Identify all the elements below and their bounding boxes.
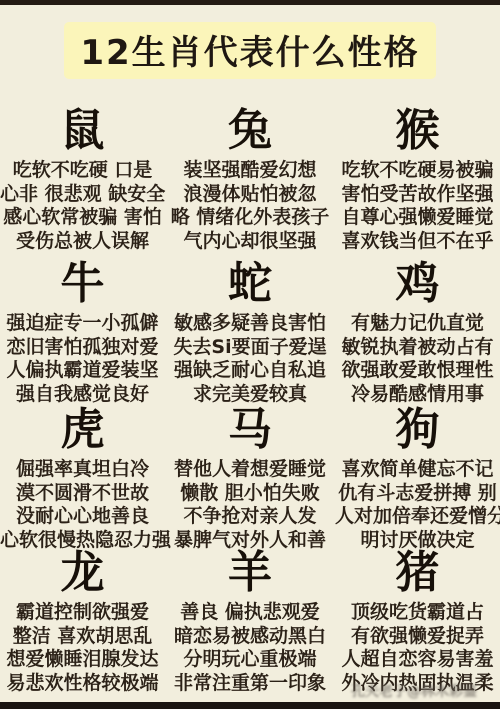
- zodiac-trait-line: 喜欢简单健忘不记: [335, 458, 500, 482]
- zodiac-animal-name: 狗: [335, 405, 500, 455]
- zodiac-traits: 装坚强酷爱幻想 浪漫体贴怕被忽 略 情绪化外表孩子 气内心却很坚强: [165, 159, 335, 253]
- zodiac-trait-line: 略 情绪化外表孩子: [165, 206, 335, 230]
- zodiac-trait-line: 懒散 胆小怕失败: [165, 482, 335, 506]
- zodiac-traits: 喜欢简单健忘不记 仇有斗志爱拼搏 别 人对加倍奉还爱憎分 明讨厌做决定: [335, 458, 500, 552]
- zodiac-trait-line: 强自我感觉良好: [0, 383, 165, 407]
- zodiac-trait-line: 冷易酷感情用事: [335, 383, 500, 407]
- zodiac-cell-horse: 马 替他人着想爱睡觉 懒散 胆小怕失败 不争抢对亲人发 暴脾气对外人和善: [165, 405, 335, 548]
- zodiac-trait-line: 有魅力记仇直觉: [335, 312, 500, 336]
- zodiac-trait-line: 强迫症专一小孤僻: [0, 312, 165, 336]
- zodiac-traits: 敏感多疑善良害怕 失去Si要面子爱逞 强缺乏耐心自私追 求完美爱较真: [165, 312, 335, 406]
- zodiac-traits: 顶级吃货霸道占 有欲强懒爱捉弄 人超自恋容易害羞 外冷内热固执温柔: [335, 601, 500, 695]
- page-title: 12生肖代表什么性格: [64, 22, 435, 79]
- zodiac-trait-line: 分明玩心重极端: [165, 648, 335, 672]
- zodiac-cell-snake: 蛇 敏感多疑善良害怕 失去Si要面子爱逞 强缺乏耐心自私追 求完美爱较真: [165, 259, 335, 405]
- zodiac-trait-line: 受伤总被人误解: [0, 230, 165, 254]
- zodiac-trait-line: 害怕受苦故作坚强: [335, 183, 500, 207]
- zodiac-trait-line: 装坚强酷爱幻想: [165, 159, 335, 183]
- zodiac-trait-line: 人偏执霸道爱装坚: [0, 359, 165, 383]
- zodiac-trait-line: 人超自恋容易害羞: [335, 648, 500, 672]
- zodiac-cell-ox: 牛 强迫症专一小孤僻 恋旧害怕孤独对爱 人偏执霸道爱装坚 强自我感觉良好: [0, 259, 165, 405]
- zodiac-trait-line: 非常注重第一印象: [165, 672, 335, 696]
- title-bar: 12生肖代表什么性格: [0, 22, 500, 79]
- zodiac-trait-line: 整洁 喜欢胡思乱: [0, 625, 165, 649]
- zodiac-trait-line: 暗恋易被感动黑白: [165, 625, 335, 649]
- zodiac-trait-line: 自尊心强懒爱睡觉: [335, 206, 500, 230]
- zodiac-trait-line: 善良 偏执悲观爱: [165, 601, 335, 625]
- zodiac-animal-name: 猪: [335, 548, 500, 598]
- zodiac-cell-rooster: 鸡 有魅力记仇直觉 敏锐执着被动占有 欲强敢爱敢恨理性 冷易酷感情用事: [335, 259, 500, 405]
- zodiac-trait-line: 吃软不吃硬 口是: [0, 159, 165, 183]
- zodiac-animal-name: 鼠: [0, 106, 165, 156]
- zodiac-traits: 吃软不吃硬 口是 心非 很悲观 缺安全 感心软常被骗 害怕 受伤总被人误解: [0, 159, 165, 253]
- zodiac-traits: 强迫症专一小孤僻 恋旧害怕孤独对爱 人偏执霸道爱装坚 强自我感觉良好: [0, 312, 165, 406]
- zodiac-trait-line: 浪漫体贴怕被忽: [165, 183, 335, 207]
- zodiac-trait-line: 失去Si要面子爱逞: [165, 336, 335, 360]
- zodiac-traits: 有魅力记仇直觉 敏锐执着被动占有 欲强敢爱敢恨理性 冷易酷感情用事: [335, 312, 500, 406]
- zodiac-trait-line: 吃软不吃硬易被骗: [335, 159, 500, 183]
- zodiac-cell-tiger: 虎 倔强率真坦白冷 漠不圆滑不世故 没耐心心地善良 心软很慢热隐忍力强: [0, 405, 165, 548]
- zodiac-trait-line: 强缺乏耐心自私追: [165, 359, 335, 383]
- zodiac-traits: 替他人着想爱睡觉 懒散 胆小怕失败 不争抢对亲人发 暴脾气对外人和善: [165, 458, 335, 552]
- zodiac-trait-line: 恋旧害怕孤独对爱: [0, 336, 165, 360]
- zodiac-trait-line: 敏锐执着被动占有: [335, 336, 500, 360]
- zodiac-trait-line: 顶级吃货霸道占: [335, 601, 500, 625]
- zodiac-traits: 霸道控制欲强爱 整洁 喜欢胡思乱 想爱懒睡泪腺发达 易悲欢性格较极端: [0, 601, 165, 695]
- zodiac-trait-line: 仇有斗志爱拼搏 别: [335, 482, 500, 506]
- zodiac-cell-pig: 猪 顶级吃货霸道占 有欲强懒爱捉弄 人超自恋容易害羞 外冷内热固执温柔: [335, 548, 500, 695]
- zodiac-trait-line: 有欲强懒爱捉弄: [335, 625, 500, 649]
- zodiac-trait-line: 替他人着想爱睡觉: [165, 458, 335, 482]
- bottom-border: [0, 702, 500, 709]
- zodiac-trait-line: 不争抢对亲人发: [165, 505, 335, 529]
- zodiac-cell-monkey: 猴 吃软不吃硬易被骗 害怕受苦故作坚强 自尊心强懒爱睡觉 喜欢钱当但不在乎: [335, 106, 500, 259]
- zodiac-cell-rabbit: 兔 装坚强酷爱幻想 浪漫体贴怕被忽 略 情绪化外表孩子 气内心却很坚强: [165, 106, 335, 259]
- zodiac-trait-line: 易悲欢性格较极端: [0, 672, 165, 696]
- zodiac-animal-name: 鸡: [335, 259, 500, 309]
- zodiac-animal-name: 蛇: [165, 259, 335, 309]
- top-border: [0, 0, 500, 5]
- zodiac-animal-name: 兔: [165, 106, 335, 156]
- zodiac-animal-name: 龙: [0, 548, 165, 598]
- zodiac-trait-line: 心非 很悲观 缺安全: [0, 183, 165, 207]
- zodiac-trait-line: 求完美爱较真: [165, 383, 335, 407]
- zodiac-cell-dog: 狗 喜欢简单健忘不记 仇有斗志爱拼搏 别 人对加倍奉还爱憎分 明讨厌做决定: [335, 405, 500, 548]
- zodiac-traits: 吃软不吃硬易被骗 害怕受苦故作坚强 自尊心强懒爱睡觉 喜欢钱当但不在乎: [335, 159, 500, 253]
- zodiac-animal-name: 羊: [165, 548, 335, 598]
- zodiac-trait-line: 倔强率真坦白冷: [0, 458, 165, 482]
- zodiac-animal-name: 马: [165, 405, 335, 455]
- zodiac-cell-goat: 羊 善良 偏执悲观爱 暗恋易被感动黑白 分明玩心重极端 非常注重第一印象: [165, 548, 335, 695]
- zodiac-trait-line: 感心软常被骗 害怕: [0, 206, 165, 230]
- zodiac-trait-line: 漠不圆滑不世故: [0, 482, 165, 506]
- zodiac-trait-line: 想爱懒睡泪腺发达: [0, 648, 165, 672]
- zodiac-traits: 善良 偏执悲观爱 暗恋易被感动黑白 分明玩心重极端 非常注重第一印象: [165, 601, 335, 695]
- zodiac-trait-line: 外冷内热固执温柔: [335, 672, 500, 696]
- zodiac-trait-line: 气内心却很坚强: [165, 230, 335, 254]
- zodiac-grid: 鼠 吃软不吃硬 口是 心非 很悲观 缺安全 感心软常被骗 害怕 受伤总被人误解 …: [0, 106, 500, 695]
- zodiac-trait-line: 敏感多疑善良害怕: [165, 312, 335, 336]
- zodiac-trait-line: 人对加倍奉还爱憎分: [335, 505, 500, 529]
- zodiac-traits: 倔强率真坦白冷 漠不圆滑不世故 没耐心心地善良 心软很慢热隐忍力强: [0, 458, 165, 552]
- zodiac-animal-name: 猴: [335, 106, 500, 156]
- zodiac-animal-name: 牛: [0, 259, 165, 309]
- zodiac-cell-dragon: 龙 霸道控制欲强爱 整洁 喜欢胡思乱 想爱懒睡泪腺发达 易悲欢性格较极端: [0, 548, 165, 695]
- zodiac-trait-line: 霸道控制欲强爱: [0, 601, 165, 625]
- zodiac-trait-line: 没耐心心地善良: [0, 505, 165, 529]
- zodiac-cell-rat: 鼠 吃软不吃硬 口是 心非 很悲观 缺安全 感心软常被骗 害怕 受伤总被人误解: [0, 106, 165, 259]
- zodiac-trait-line: 欲强敢爱敢恨理性: [335, 359, 500, 383]
- zodiac-trait-line: 喜欢钱当但不在乎: [335, 230, 500, 254]
- zodiac-animal-name: 虎: [0, 405, 165, 455]
